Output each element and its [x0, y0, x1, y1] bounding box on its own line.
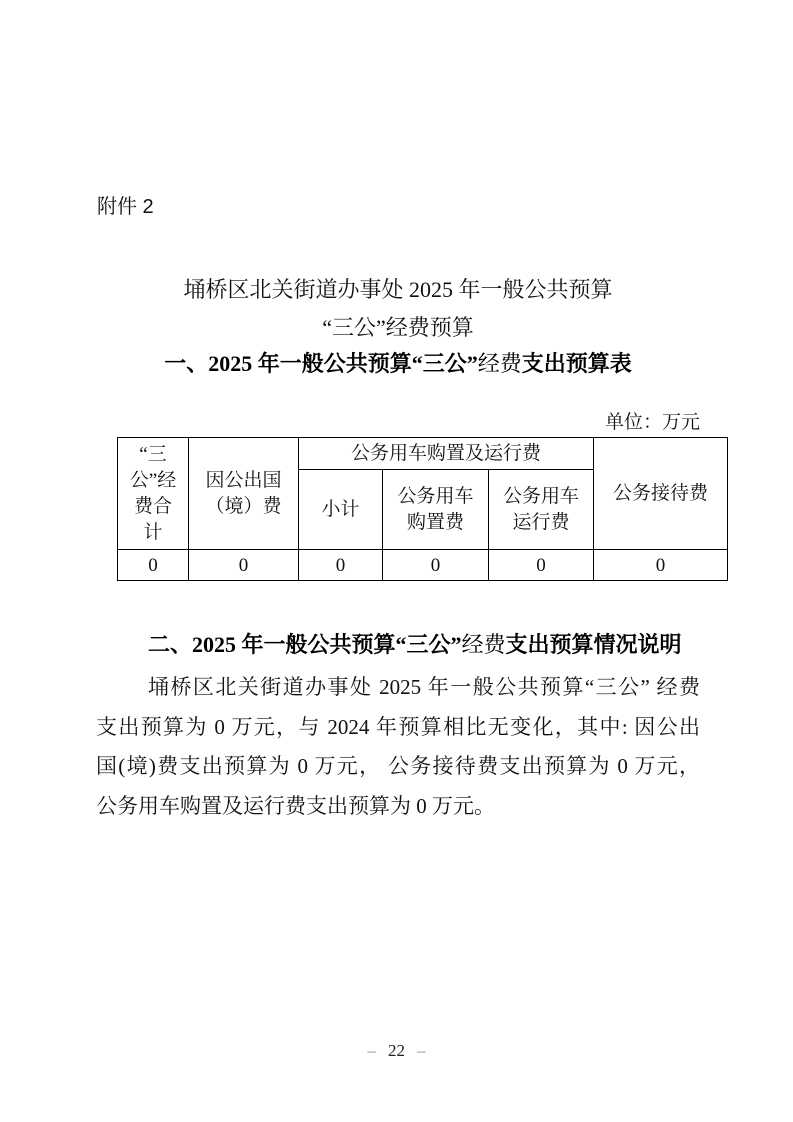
- value-cell-abroad: 0: [189, 550, 299, 581]
- section1-heading-segment: 经费: [478, 351, 522, 376]
- document-page: 附件 2 埇桥区北关街道办事处 2025 年一般公共预算 “三公”经费预算 一、…: [0, 0, 793, 1122]
- sangong-budget-table: “三 公”经 费合 计 因公出国 （境）费 公务用车购置及运行费 公务接待费 小…: [117, 437, 728, 581]
- paragraph-line: 支出预算为 0 万元，与 2024 年预算相比无变化，其中: 因公出: [96, 712, 700, 752]
- table-data-row: 0 0 0 0 0 0: [118, 550, 728, 581]
- header-cell-reception-fee: 公务接待费: [594, 438, 728, 550]
- paragraph-line: 埇桥区北关街道办事处 2025 年一般公共预算“三公” 经费: [96, 672, 700, 712]
- section2-heading: 二、2025 年一般公共预算“三公”经费支出预算情况说明: [148, 631, 682, 659]
- page-number-right-dash: –: [417, 1041, 426, 1060]
- header-cell-vehicle-operation: 公务用车 运行费: [489, 470, 594, 550]
- paragraph-line: 公务用车购置及运行费支出预算为 0 万元。: [96, 791, 700, 831]
- header-cell-abroad-fee: 因公出国 （境）费: [189, 438, 299, 550]
- header-cell-sangong-total: “三 公”经 费合 计: [118, 438, 189, 550]
- section1-heading-segment: 支出预算表: [522, 351, 632, 376]
- paragraph-line: 国(境)费支出预算为 0 万元， 公务接待费支出预算为 0 万元，: [96, 751, 700, 791]
- section2-heading-segment: 支出预算: [506, 632, 594, 657]
- page-number: –22–: [0, 1041, 793, 1061]
- page-number-left-dash: –: [368, 1041, 377, 1060]
- value-cell-vehicle-purchase: 0: [383, 550, 489, 581]
- section1-heading: 一、2025 年一般公共预算“三公”经费支出预算表: [96, 350, 700, 378]
- header-cell-vehicle-group: 公务用车购置及运行费: [299, 438, 594, 470]
- section2-heading-segment: 经费: [462, 632, 506, 657]
- section2-heading-segment: 情况说明: [594, 632, 682, 657]
- value-cell-vehicle-operation: 0: [489, 550, 594, 581]
- value-cell-vehicle-subtotal: 0: [299, 550, 383, 581]
- value-cell-total: 0: [118, 550, 189, 581]
- unit-note: 单位：万元: [96, 407, 700, 434]
- section2-paragraph: 埇桥区北关街道办事处 2025 年一般公共预算“三公” 经费 支出预算为 0 万…: [96, 672, 700, 830]
- document-title: 埇桥区北关街道办事处 2025 年一般公共预算 “三公”经费预算: [96, 271, 700, 347]
- document-title-line2: “三公”经费预算: [96, 309, 700, 347]
- document-title-line1: 埇桥区北关街道办事处 2025 年一般公共预算: [96, 271, 700, 309]
- page-number-value: 22: [388, 1041, 405, 1060]
- section1-heading-segment: 一、2025 年一般公共预算“三公”: [164, 351, 478, 376]
- header-cell-vehicle-subtotal: 小计: [299, 470, 383, 550]
- section2-heading-segment: 二、2025 年一般公共预算“三公”: [148, 632, 462, 657]
- table-header-row-top: “三 公”经 费合 计 因公出国 （境）费 公务用车购置及运行费 公务接待费: [118, 438, 728, 470]
- header-cell-vehicle-purchase: 公务用车 购置费: [383, 470, 489, 550]
- value-cell-reception: 0: [594, 550, 728, 581]
- attachment-label: 附件 2: [97, 190, 154, 219]
